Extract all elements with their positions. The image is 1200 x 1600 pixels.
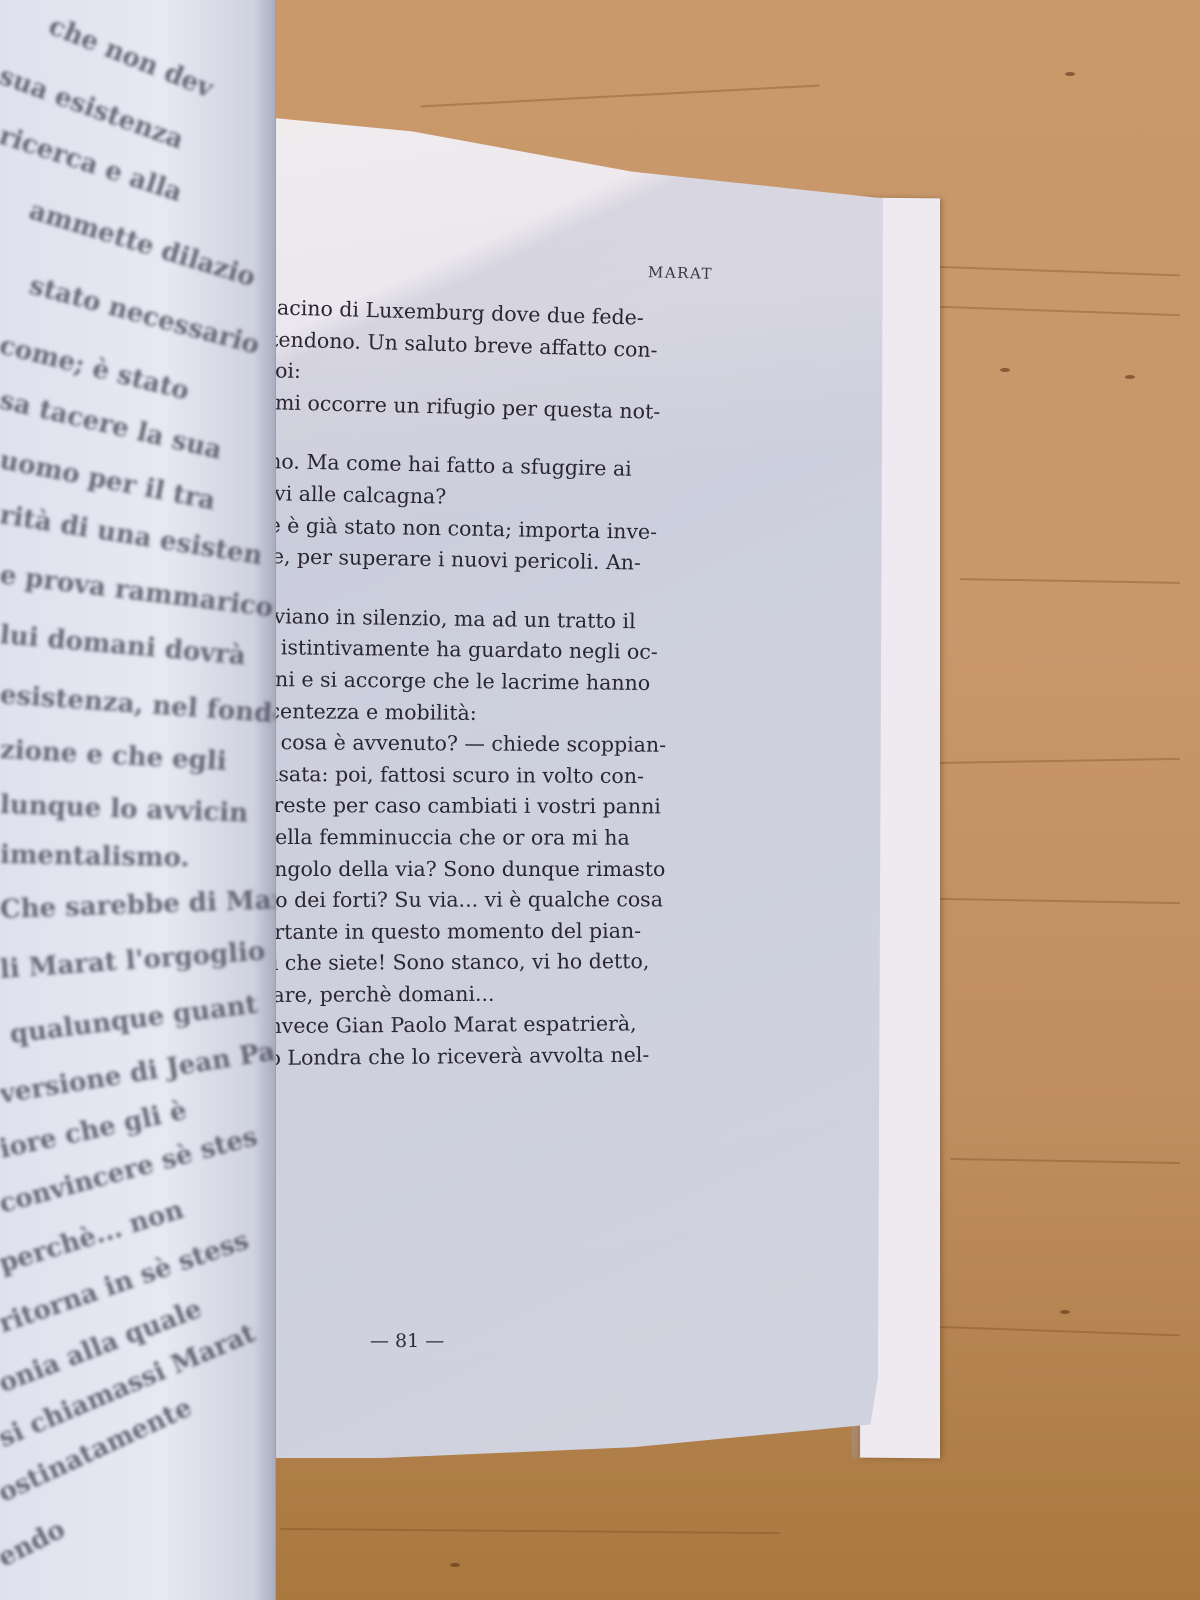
wood-grain	[930, 1326, 1180, 1337]
wood-grain	[280, 1528, 780, 1534]
text-line: sare, perchè domani...	[262, 978, 712, 1012]
text-line: endo	[0, 1514, 70, 1573]
wood-grain	[960, 578, 1180, 584]
wood-knot	[1065, 72, 1075, 76]
text-line: rità di una esisten	[0, 500, 265, 571]
text-line: no dei forti? Su via... vi è qualche cos…	[262, 884, 712, 916]
text-line: e prova rammarico	[0, 560, 275, 623]
text-line: invece Gian Paolo Marat espatrierà,	[262, 1008, 712, 1043]
text-line: della femminuccia che or ora mi ha	[262, 822, 712, 854]
page-body-text: Bacino di Luxemburg dove due fede- ttend…	[262, 292, 712, 1075]
text-line: icentezza e mobilità:	[262, 696, 712, 732]
text-line: risata: poi, fattosi scuro in volto con-	[262, 759, 712, 793]
left-page-blurred-text: che non dev sua esistenza ricerca e alla…	[0, 0, 275, 1600]
text-line: zione e che egli	[0, 735, 227, 777]
wood-grain	[930, 758, 1180, 764]
text-line: ri che siete! Sono stanco, vi ho detto,	[262, 946, 712, 980]
wood-grain	[940, 898, 1180, 904]
text-line: ortante in questo momento del pian-	[262, 915, 712, 948]
text-line: li Marat l'orgoglio	[0, 937, 266, 985]
wood-grain	[940, 306, 1180, 316]
text-line: gni e si accorge che le lacrime hanno	[262, 664, 712, 700]
text-line: qualunque guant	[8, 990, 259, 1050]
text-line: angolo della via? Sono dunque rimasto	[262, 854, 712, 886]
wood-knot	[1125, 375, 1135, 379]
text-line: Che sarebbe di Mar	[0, 885, 275, 925]
wood-grain	[950, 1158, 1180, 1164]
text-line: e cosa è avvenuto? — chiede scoppian-	[262, 727, 712, 762]
wood-knot	[1060, 1310, 1070, 1314]
running-head: MARAT	[648, 263, 713, 283]
page-number: — 81 —	[370, 1330, 444, 1352]
text-line: lunque lo avvicin	[0, 790, 249, 829]
text-line: versione di Jean Pa	[0, 1037, 275, 1110]
wood-knot	[1000, 368, 1010, 372]
text-line: vreste per caso cambiati i vostri panni	[262, 790, 712, 823]
wood-knot	[450, 1563, 460, 1567]
text-line: esistenza, nel fondo	[0, 680, 275, 730]
wood-grain	[420, 85, 820, 108]
text-line: lo Londra che lo riceverà avvolta nel-	[262, 1039, 712, 1075]
text-line: lui domani dovrà	[0, 620, 247, 671]
text-line: imentalismo.	[0, 840, 190, 873]
wood-grain	[930, 266, 1180, 277]
